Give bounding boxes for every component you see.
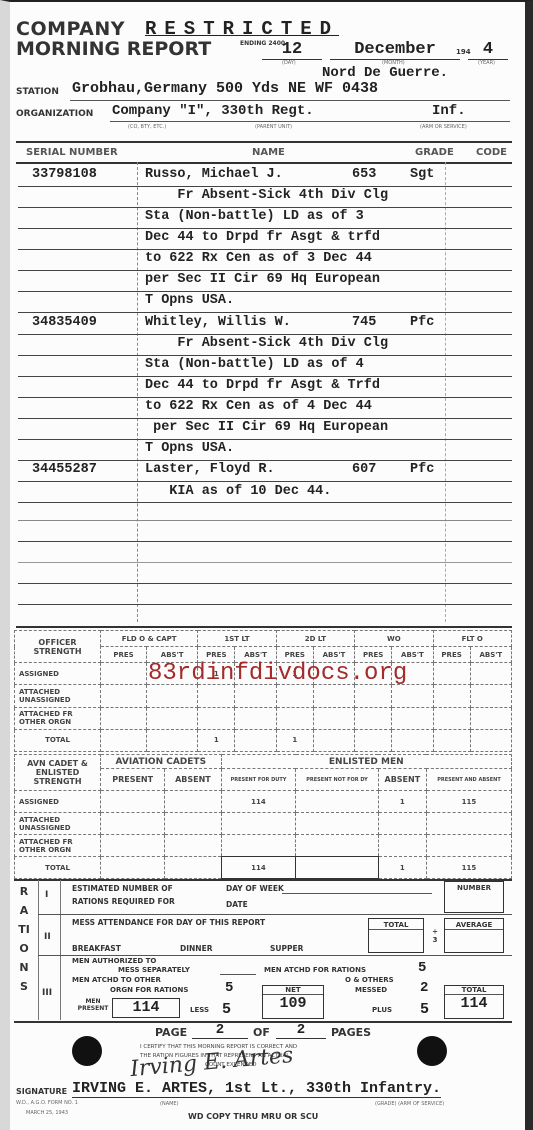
enlisted-total-cell: 115: [426, 857, 511, 879]
aviation-cadets-head: AVIATION CADETS: [101, 755, 222, 769]
entry-name: Russo, Michael J.: [145, 167, 283, 182]
net-label: NET: [263, 986, 323, 995]
signatory-name: IRVING E. ARTES, 1st Lt., 330th Infantry…: [72, 1080, 441, 1098]
men-atchd-other-label: MEN ATCHD TO OTHER: [72, 976, 161, 984]
plus-value: 5: [420, 1001, 429, 1018]
men-present-value: 114: [113, 999, 179, 1016]
entry-remark-line: KIA as of 10 Dec 44.: [145, 484, 331, 499]
mess-separately-field[interactable]: [220, 974, 256, 975]
report-year: 4: [468, 40, 508, 60]
officer-group-head: WO: [355, 631, 433, 647]
org-caption-unit: (CO, BTY, ETC.): [128, 124, 166, 130]
entry-remark-line: Sta (Non-battle) LD as of 4: [145, 357, 364, 372]
average-box: AVERAGE: [444, 918, 504, 953]
estimated-rations-label: ESTIMATED NUMBER OF: [72, 884, 173, 893]
name-caption: (NAME): [160, 1101, 179, 1107]
station-label: STATION: [16, 87, 59, 97]
seal-right-icon: [417, 1036, 447, 1066]
entry-remark-line: Fr Absent-Sick 4th Div Clg: [145, 336, 388, 351]
supper-label: SUPPER: [270, 944, 303, 953]
station-underline: [70, 100, 510, 101]
ration-total-label: TOTAL: [445, 986, 503, 995]
header-divider: [16, 141, 512, 143]
number-box: NUMBER: [444, 881, 504, 913]
men-atchd-for-rations-label: MEN ATCHD FOR RATIONS: [264, 966, 366, 974]
entry-remark-line: T Opns USA.: [145, 293, 234, 308]
enlisted-cell: 1: [378, 791, 426, 813]
entry-serial: 33798108: [32, 167, 97, 182]
less-label: LESS: [190, 1006, 209, 1014]
enlisted-strength-table: AVN CADET & ENLISTED STRENGTH AVIATION C…: [14, 754, 512, 879]
serial-column-rule: [137, 162, 138, 622]
officer-group-head: 2D LT: [276, 631, 354, 647]
entry-serial: 34455287: [32, 462, 97, 477]
total-label: TOTAL: [369, 921, 423, 930]
men-atchd-other-value: 5: [225, 980, 233, 996]
company-label: COMPANY: [16, 18, 125, 40]
entry-remark-line: per Sec II Cir 69 Hq European: [145, 272, 380, 287]
report-month: December: [330, 40, 460, 60]
officer-total-cell: [313, 729, 354, 751]
organization-value: Company "I", 330th Regt.: [112, 103, 314, 119]
station-extra: Nord De Guerre.: [322, 65, 448, 81]
men-atchd-for-rations-value: 5: [418, 960, 426, 976]
ration-total-value: 114: [445, 995, 503, 1012]
enlisted-total-cell: 1: [378, 857, 426, 879]
day-of-week-label: DAY OF WEEK: [226, 884, 284, 893]
of-label: OF: [253, 1026, 270, 1039]
code-column-rule: [445, 162, 446, 622]
column-code: CODE: [476, 147, 507, 158]
classification-stamp: RESTRICTED: [145, 18, 339, 40]
mess-attendance-title: MESS ATTENDANCE FOR DAY OF THIS REPORT: [72, 918, 265, 927]
officer-strength-table: OFFICER STRENGTH FLD O & CAPT 1ST LT 2D …: [14, 630, 512, 752]
form-date: MARCH 25, 1943: [26, 1110, 68, 1116]
o-others-label: O & OTHERS: [345, 976, 394, 984]
subhead-present-for-duty: PRESENT FOR DUTY: [221, 769, 296, 791]
officer-total-cell: 1: [276, 729, 313, 751]
column-name: NAME: [252, 147, 285, 158]
row-label-total: TOTAL: [15, 857, 101, 879]
entry-mos: 653: [352, 167, 376, 182]
entry-grade: Pfc: [410, 462, 434, 477]
column-serial-number: SERIAL NUMBER: [26, 147, 118, 158]
average-label: AVERAGE: [445, 921, 503, 930]
rations-side-label: RATIONS: [18, 882, 30, 996]
subhead-pres: PRES: [433, 647, 470, 663]
subhead-absent: ABSENT: [165, 769, 221, 791]
row-label-attached-other: ATTACHED FR OTHER ORGN: [15, 835, 101, 857]
subhead-present: PRESENT: [101, 769, 165, 791]
mess-separately-label: MESS SEPARATELY: [118, 966, 190, 974]
row-label-attached-unassigned: ATTACHED UNASSIGNED: [15, 685, 101, 707]
entry-remark-line: T Opns USA.: [145, 441, 234, 456]
enlisted-cell: [101, 791, 165, 813]
row-label-attached-other: ATTACHED FR OTHER ORGN: [15, 707, 101, 729]
enlisted-cell: [296, 791, 378, 813]
row-label-assigned: ASSIGNED: [15, 663, 101, 685]
number-label: NUMBER: [445, 884, 503, 892]
rations-bottom-divider: [14, 1021, 512, 1023]
rations-top-divider: [14, 879, 512, 881]
report-day: 12: [262, 40, 322, 60]
dinner-label: DINNER: [180, 944, 212, 953]
org-caption-arm: (ARM OR SERVICE): [420, 124, 467, 130]
page-number: 2: [192, 1022, 248, 1039]
entry-remark-line: Sta (Non-battle) LD as of 3: [145, 209, 364, 224]
entry-name: Whitley, Willis W.: [145, 315, 291, 330]
day-of-week-field[interactable]: [282, 893, 432, 894]
officer-total-cell: [355, 729, 392, 751]
officer-group-head: FLD O & CAPT: [101, 631, 198, 647]
less-value: 5: [222, 1001, 231, 1018]
seal-left-icon: [72, 1036, 102, 1066]
column-divider: [16, 162, 512, 164]
estimated-rations-label-2: RATIONS REQUIRED FOR: [72, 897, 175, 906]
subhead-abst: ABS'T: [470, 647, 511, 663]
form-number: W.D., A.G.O. FORM NO. 1: [16, 1100, 78, 1106]
pages-label: PAGES: [331, 1026, 371, 1039]
o-others-value: 2: [420, 980, 428, 996]
enlisted-strength-title: AVN CADET & ENLISTED STRENGTH: [15, 755, 101, 791]
year-caption: (YEAR): [478, 60, 495, 66]
entry-remark-line: per Sec II Cir 69 Hq European: [145, 420, 388, 435]
entry-remark-line: to 622 Rx Cen as of 3 Dec 44: [145, 251, 372, 266]
entry-name: Laster, Floyd R.: [145, 462, 275, 477]
organization-label: ORGANIZATION: [16, 109, 93, 119]
officer-strength-title: OFFICER STRENGTH: [15, 631, 101, 663]
morning-report-label: MORNING REPORT: [16, 38, 211, 60]
section-iii-number: III: [42, 988, 52, 998]
officer-total-cell: [101, 729, 147, 751]
officer-total-cell: [433, 729, 470, 751]
page-total: 2: [276, 1022, 326, 1039]
enlisted-cell: 114: [221, 791, 296, 813]
enlisted-men-head: ENLISTED MEN: [221, 755, 511, 769]
officer-total-cell: [470, 729, 511, 751]
entry-remark-line: Fr Absent-Sick 4th Div Clg: [145, 188, 388, 203]
entry-serial: 34835409: [32, 315, 97, 330]
entry-remark-line: Dec 44 to Drpd fr Asgt & trfd: [145, 230, 380, 245]
enlisted-total-cell: [165, 857, 221, 879]
branch-value: Inf.: [432, 103, 466, 119]
men-present-box: 114: [112, 998, 180, 1018]
station-value: Grobhau,Germany 500 Yds NE WF 0438: [72, 80, 378, 97]
officer-cell: [101, 663, 147, 685]
watermark: 83rdinfdivdocs.org: [148, 660, 407, 687]
net-value: 109: [263, 995, 323, 1012]
officer-total-cell: [235, 729, 276, 751]
entry-grade: Sgt: [410, 167, 434, 182]
officer-group-head: FLT O: [433, 631, 511, 647]
organization-underline: [110, 121, 510, 122]
enlisted-total-cell: [101, 857, 165, 879]
day-caption: (DAY): [282, 60, 296, 66]
officer-total-cell: [392, 729, 433, 751]
plus-label: PLUS: [372, 1006, 392, 1014]
men-authorized-label: MEN AUTHORIZED TO: [72, 957, 156, 965]
row-label-assigned: ASSIGNED: [15, 791, 101, 813]
total-box: TOTAL: [368, 918, 424, 953]
entries-end-divider: [16, 626, 512, 628]
entry-remark-line: Dec 44 to Drpd fr Asgt & Trfd: [145, 378, 380, 393]
copy-note: WD COPY THRU MRU OR SCU: [188, 1112, 318, 1121]
orgn-for-rations-label: ORGN FOR RATIONS: [110, 986, 188, 994]
men-present-label: MEN PRESENT: [76, 998, 110, 1012]
officer-group-head: 1ST LT: [198, 631, 276, 647]
entry-remark-line: to 622 Rx Cen as of 4 Dec 44: [145, 399, 372, 414]
breakfast-label: BREAKFAST: [72, 944, 121, 953]
officer-cell: [433, 663, 470, 685]
entry-mos: 607: [352, 462, 376, 477]
enlisted-total-cell: [296, 857, 378, 879]
subhead-absent: ABSENT: [378, 769, 426, 791]
net-box: NET 109: [262, 985, 324, 1019]
divide-by-three: ÷ 3: [430, 928, 440, 944]
enlisted-cell: 115: [426, 791, 511, 813]
section-i-number: I: [45, 890, 48, 900]
subhead-present-and-absent: PRESENT AND ABSENT: [426, 769, 511, 791]
subhead-pres: PRES: [101, 647, 147, 663]
date-label: DATE: [226, 900, 248, 909]
ration-total-box: TOTAL 114: [444, 985, 504, 1019]
subhead-present-not-for-duty: PRESENT NOT FOR DY: [296, 769, 378, 791]
grade-caption: (GRADE) (ARM OF SERVICE): [375, 1101, 444, 1107]
officer-total-cell: 1: [198, 729, 235, 751]
entry-mos: 745: [352, 315, 376, 330]
page-label: PAGE: [155, 1026, 187, 1039]
enlisted-total-cell: 114: [221, 857, 296, 879]
row-label-total: TOTAL: [15, 729, 101, 751]
entry-grade: Pfc: [410, 315, 434, 330]
column-grade: GRADE: [415, 147, 454, 158]
enlisted-cell: [165, 791, 221, 813]
officer-cell: [470, 663, 511, 685]
messed-label: MESSED: [355, 986, 387, 994]
officer-total-cell: [147, 729, 198, 751]
signature-label: SIGNATURE: [16, 1087, 67, 1096]
row-label-attached-unassigned: ATTACHED UNASSIGNED: [15, 813, 101, 835]
section-ii-number: II: [44, 932, 51, 942]
org-caption-parent: (PARENT UNIT): [255, 124, 292, 130]
